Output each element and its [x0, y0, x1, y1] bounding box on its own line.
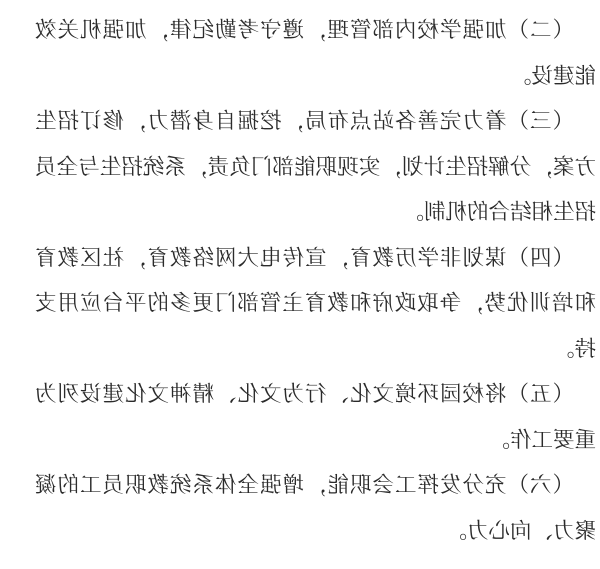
scanned-page: （二）加强学校内部管理，遵守考勤纪律，加强机关效能建设。（三）着力完善各站点布局… — [0, 0, 600, 569]
text-line: 和培训优势，争取政府和教育主管部门更多的平台应用支 — [35, 281, 596, 327]
text-line: 方案，分解招生计划，实现职能部门负责，系统招生与全员 — [35, 145, 596, 191]
text-line: （六）充分发挥工会职能，增强全体系统教职员工的凝 — [35, 463, 596, 509]
paragraph-item-3: （三）着力完善各站点布局，挖掘自身潜力，修订招生方案，分解招生计划，实现职能部门… — [35, 99, 596, 236]
text-line: （四）谋划非学历教育，宣传电大网络教育，社区教育 — [35, 236, 596, 282]
paragraph-item-4: （四）谋划非学历教育，宣传电大网络教育，社区教育和培训优势，争取政府和教育主管部… — [35, 236, 596, 373]
text-line: （五）将校园环境文化、行为文化、精神文化建设列为 — [35, 372, 596, 418]
paragraph-item-5: （五）将校园环境文化、行为文化、精神文化建设列为重要工作。 — [35, 372, 596, 463]
text-line: 招生相结合的机制。 — [35, 190, 596, 236]
paragraph-item-6: （六）充分发挥工会职能，增强全体系统教职员工的凝聚力、向心力。 — [35, 463, 596, 554]
text-line: 重要工作。 — [35, 418, 596, 464]
text-line: （三）着力完善各站点布局，挖掘自身潜力，修订招生 — [35, 99, 596, 145]
text-line: 持。 — [35, 327, 596, 373]
text-line: 聚力、向心力。 — [35, 509, 596, 555]
paragraph-item-2: （二）加强学校内部管理，遵守考勤纪律，加强机关效能建设。 — [35, 8, 596, 99]
text-line: （二）加强学校内部管理，遵守考勤纪律，加强机关效 — [35, 8, 596, 54]
text-line: 能建设。 — [35, 54, 596, 100]
mirrored-text-block: （二）加强学校内部管理，遵守考勤纪律，加强机关效能建设。（三）着力完善各站点布局… — [0, 8, 600, 554]
